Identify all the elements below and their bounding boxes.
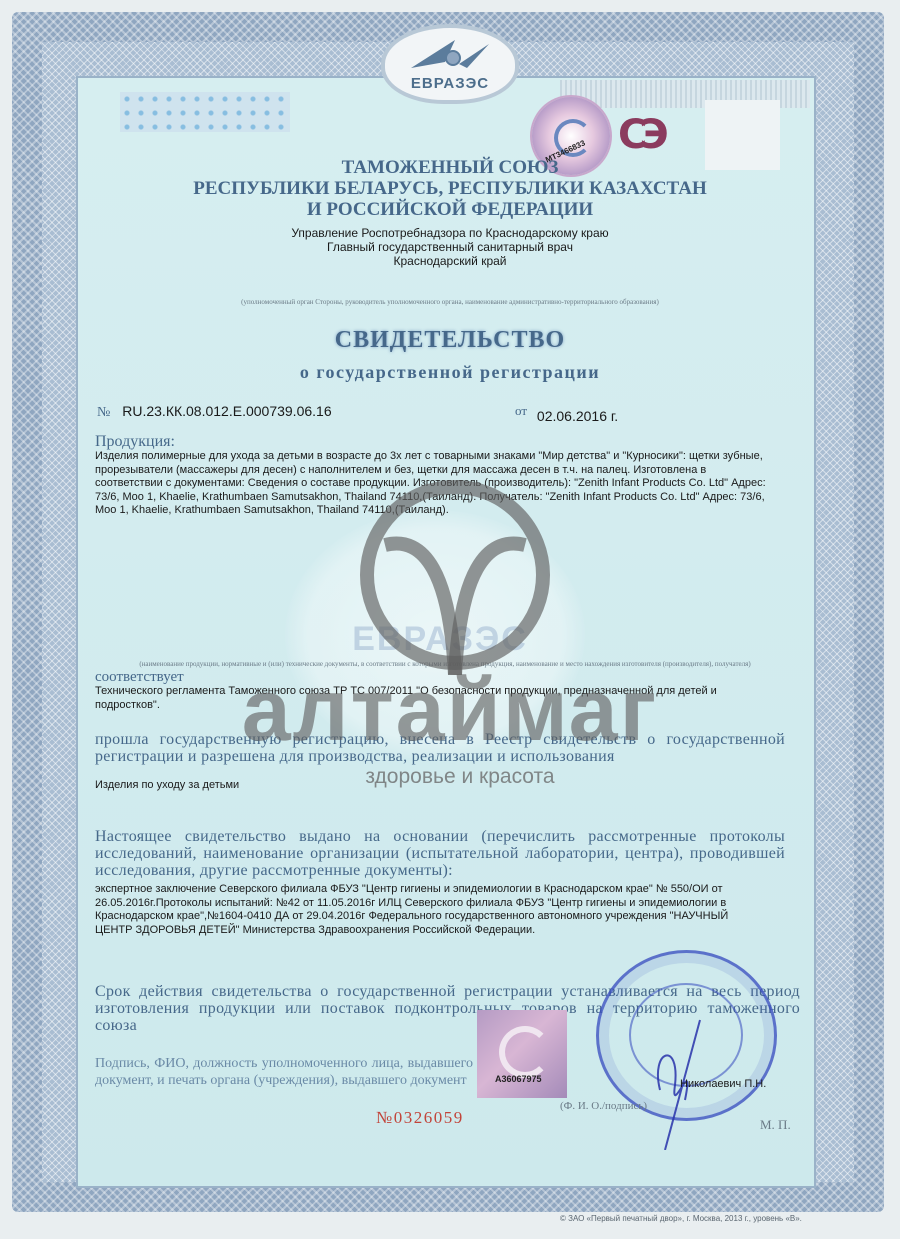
emblem-label: ЕВРАЗЭС	[385, 75, 515, 92]
registration-number-row: № RU.23.КК.08.012.Е.000739.06.16	[97, 403, 332, 421]
hologram-ring-icon	[499, 1026, 551, 1078]
authority-caption: (уполномоченный орган Стороны, руководит…	[140, 298, 760, 306]
registration-scope: Изделия по уходу за детьми	[95, 779, 239, 793]
basis-text: экспертное заключение Северского филиала…	[95, 883, 730, 937]
date-label: от	[515, 403, 527, 418]
basis-label: Настоящее свидетельство выдано на основа…	[95, 828, 785, 879]
printer-note: © ЗАО «Первый печатный двор», г. Москва,…	[560, 1214, 802, 1223]
authority-line-1: Управление Роспотребнадзора по Краснодар…	[200, 226, 700, 240]
brand-watermark: алтаймаг	[210, 665, 690, 755]
brand-tagline: здоровье и красота	[260, 765, 660, 789]
authority-line-3: Краснодарский край	[200, 254, 700, 268]
signer-name: Николаевич П.Н.	[680, 1078, 766, 1090]
evrazes-emblem-icon	[407, 34, 493, 76]
brand-leaf-logo-icon	[355, 475, 555, 675]
hologram-sticker: А36067975	[477, 1010, 567, 1098]
hologram-sticker-serial: А36067975	[495, 1074, 542, 1084]
registration-date-row: от 02.06.2016 г.	[515, 403, 618, 424]
sanitary-mark-icon: СЭ	[618, 112, 661, 158]
union-title-line-2: РЕСПУБЛИКИ БЕЛАРУСЬ, РЕСПУБЛИКИ КАЗАХСТА…	[140, 178, 760, 199]
product-label: Продукция:	[95, 434, 785, 450]
union-title-line-1: ТАМОЖЕННЫЙ СОЮЗ	[140, 157, 760, 178]
seal-place-label: М. П.	[760, 1117, 791, 1133]
union-title-line-3: И РОССИЙСКОЙ ФЕДЕРАЦИИ	[140, 199, 760, 220]
certificate-title: СВИДЕТЕЛЬСТВО	[200, 327, 700, 354]
registration-number: RU.23.КК.08.012.Е.000739.06.16	[122, 403, 331, 419]
certificate-subtitle: о государственной регистрации	[200, 362, 700, 383]
blank-number: №0326059	[376, 1108, 464, 1128]
registration-date: 02.06.2016 г.	[537, 408, 618, 424]
authority-line-2: Главный государственный санитарный врач	[200, 240, 700, 254]
security-hologram-strip	[120, 92, 290, 132]
signature-caption: (Ф. И. О./подпись)	[560, 1100, 647, 1112]
signature-label: Подпись, ФИО, должность уполномоченного …	[95, 1055, 473, 1089]
signature-icon	[640, 990, 750, 1150]
number-label: №	[97, 405, 110, 420]
evrazes-emblem: ЕВРАЗЭС	[385, 28, 515, 100]
